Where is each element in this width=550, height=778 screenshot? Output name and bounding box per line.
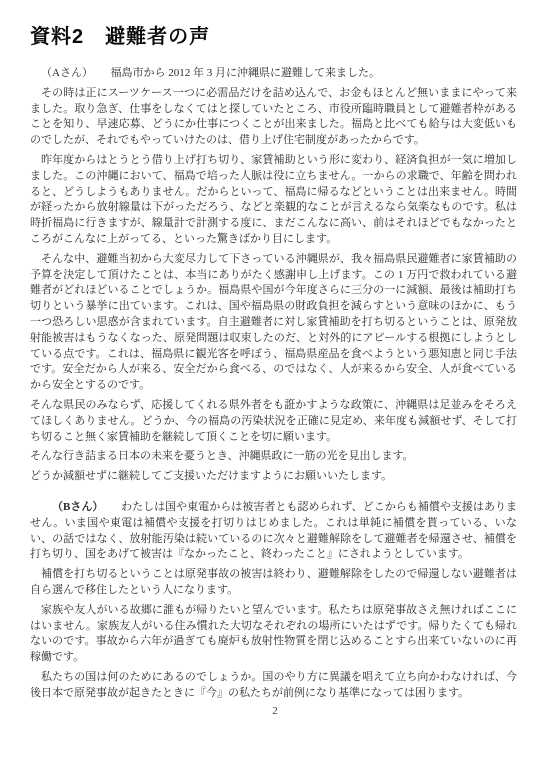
document-body: （Aさん）福島市から 2012 年 3 月に沖縄県に避難して来ました。その時は正… bbox=[30, 66, 517, 701]
page-number: 2 bbox=[0, 705, 550, 717]
paragraph-text: わたしは国や東電からは被害者とも認められず、どこからも補償や支援はありません。い… bbox=[30, 501, 517, 560]
document-page: 資料2 避難者の声 （Aさん）福島市から 2012 年 3 月に沖縄県に避難して… bbox=[0, 0, 550, 778]
testimony-section-a: （Aさん）福島市から 2012 年 3 月に沖縄県に避難して来ました。その時は正… bbox=[30, 66, 517, 485]
paragraph: そんな県民のみならず、応援してくれる県外者をも誑かすような政策に、沖縄県は足並み… bbox=[30, 398, 517, 445]
speaker-label: （Aさん） bbox=[41, 67, 93, 79]
paragraph-text: 家族や友人がいる故郷に誰もが帰りたいと望んでいます。私たちは原発事故さえ無ければ… bbox=[30, 604, 517, 663]
page-title: 資料2 避難者の声 bbox=[30, 20, 210, 49]
speaker-label: （Bさん） bbox=[52, 501, 103, 513]
paragraph-text: どうか減額せずに継続してご支援いただけますようにお願いいたします。 bbox=[30, 470, 392, 482]
paragraph-text: 私たちの国は何のためにあるのでしょうか。国のやり方に異議を唱えて立ち向かわなけれ… bbox=[30, 671, 517, 699]
paragraph: そんな行き詰まる日本の未来を憂うとき、沖縄県政に一筋の光を見出します。 bbox=[30, 449, 517, 465]
paragraph: 私たちの国は何のためにあるのでしょうか。国のやり方に異議を唱えて立ち向かわなけれ… bbox=[30, 670, 517, 702]
paragraph: どうか減額せずに継続してご支援いただけますようにお願いいたします。 bbox=[30, 469, 517, 485]
paragraph: その時は正にスーツケース一つに必需品だけを詰め込んで、お金もほとんど無いままにや… bbox=[30, 86, 517, 149]
paragraph: （Bさん）わたしは国や東電からは被害者とも認められず、どこからも補償や支援はあり… bbox=[30, 500, 517, 563]
paragraph-text: その時は正にスーツケース一つに必需品だけを詰め込んで、お金もほとんど無いままにや… bbox=[30, 87, 517, 146]
testimony-section-b: （Bさん）わたしは国や東電からは被害者とも認められず、どこからも補償や支援はあり… bbox=[30, 500, 517, 702]
paragraph: 家族や友人がいる故郷に誰もが帰りたいと望んでいます。私たちは原発事故さえ無ければ… bbox=[30, 603, 517, 666]
paragraph-text: そんな県民のみならず、応援してくれる県外者をも誑かすような政策に、沖縄県は足並み… bbox=[30, 399, 517, 443]
paragraph: 昨年度からはとうとう借り上げ打ち切り、家賃補助という形に変わり、経済負担が一気に… bbox=[30, 153, 517, 248]
paragraph-text: そんな中、避難当初から大変尽力して下さっている沖縄県が、我々福島県民避難者に家賃… bbox=[30, 253, 517, 391]
paragraph-text: 補償を打ち切るということは原発事故の被害は終わり、避難解除をしたので帰還しない避… bbox=[30, 568, 517, 596]
paragraph: （Aさん）福島市から 2012 年 3 月に沖縄県に避難して来ました。 bbox=[30, 66, 517, 82]
paragraph-text: そんな行き詰まる日本の未来を憂うとき、沖縄県政に一筋の光を見出します。 bbox=[30, 450, 414, 462]
paragraph-text: 昨年度からはとうとう借り上げ打ち切り、家賃補助という形に変わり、経済負担が一気に… bbox=[30, 154, 517, 245]
paragraph-text: 福島市から 2012 年 3 月に沖縄県に避難して来ました。 bbox=[111, 67, 381, 79]
paragraph: そんな中、避難当初から大変尽力して下さっている沖縄県が、我々福島県民避難者に家賃… bbox=[30, 252, 517, 394]
paragraph: 補償を打ち切るということは原発事故の被害は終わり、避難解除をしたので帰還しない避… bbox=[30, 567, 517, 599]
